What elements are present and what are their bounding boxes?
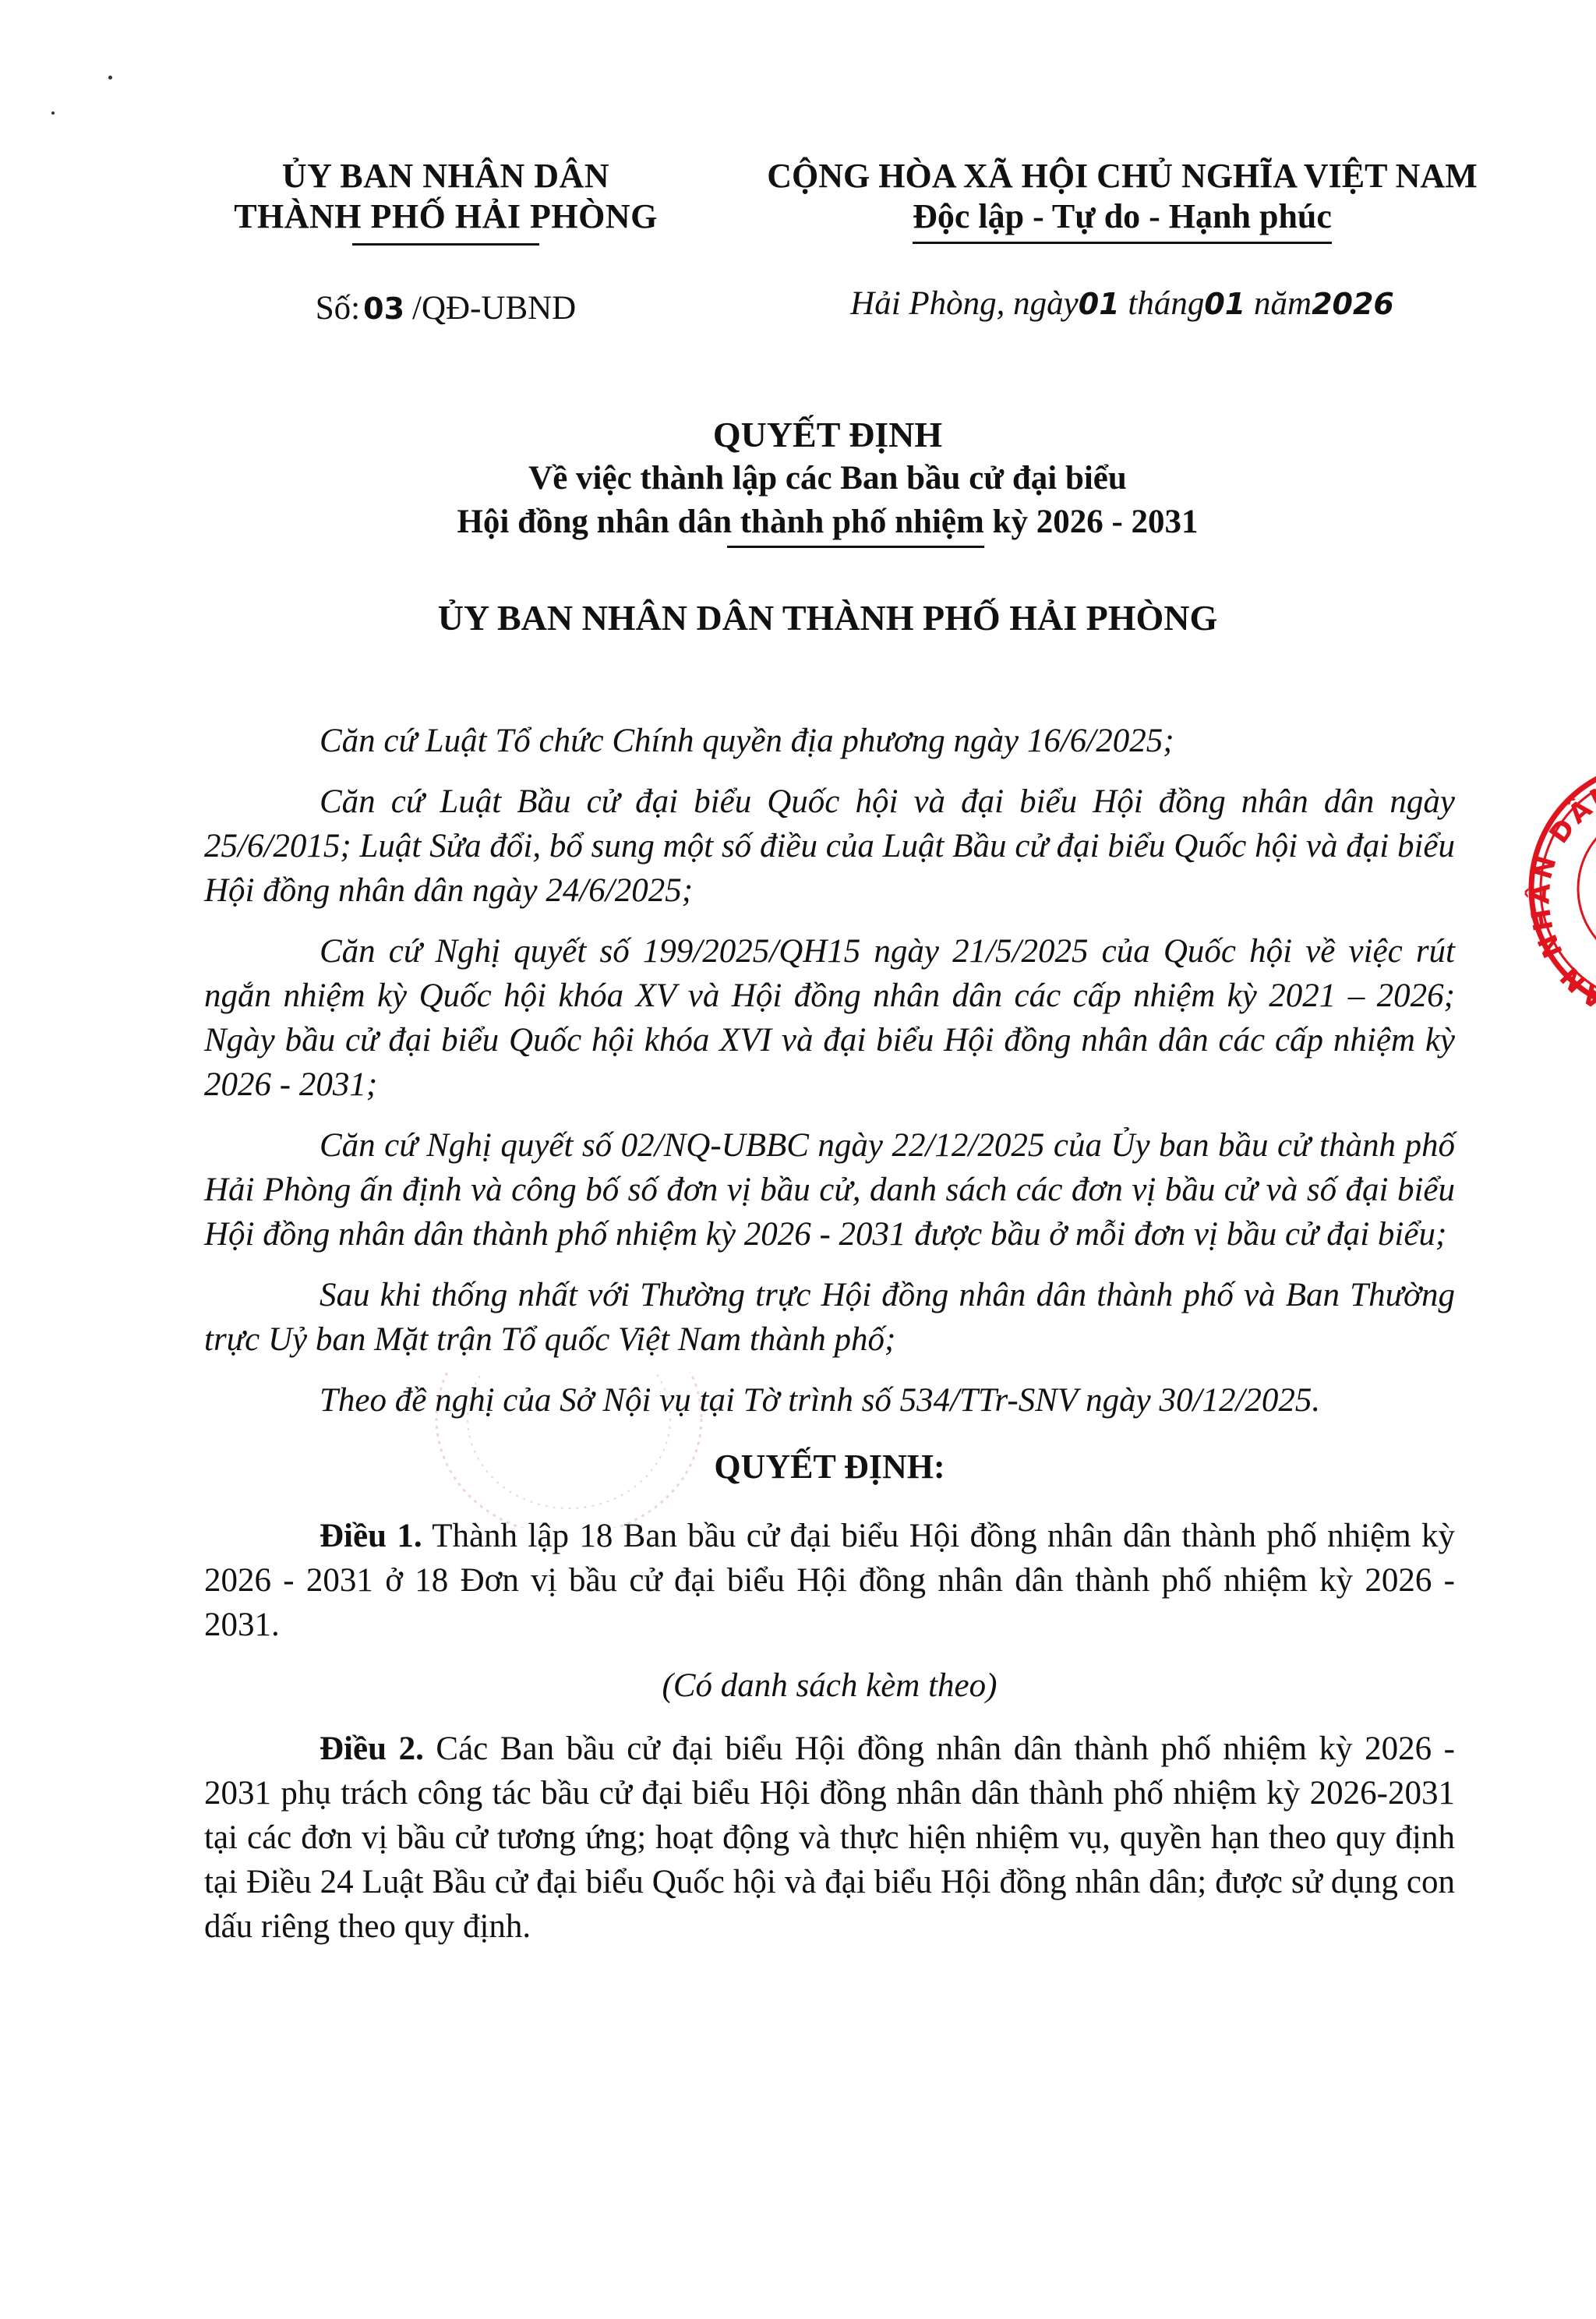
legal-basis: Căn cứ Luật Bầu cử đại biểu Quốc hội và … bbox=[204, 779, 1455, 913]
national-header: CỘNG HÒA XÃ HỘI CHỦ NGHĨA VIỆT NAM Độc l… bbox=[733, 156, 1512, 323]
nation-motto: Độc lập - Tự do - Hạnh phúc bbox=[913, 196, 1332, 244]
issuer-underline bbox=[352, 243, 539, 246]
article-1: Điều 1. Thành lập 18 Ban bầu cử đại biểu… bbox=[204, 1514, 1455, 1647]
document-body: Căn cứ Luật Tổ chức Chính quyền địa phươ… bbox=[204, 719, 1455, 1965]
doc-number-value: 03 bbox=[363, 292, 404, 326]
attachment-note: (Có danh sách kèm theo) bbox=[204, 1663, 1455, 1708]
title-block: QUYẾT ĐỊNH Về việc thành lập các Ban bầu… bbox=[204, 413, 1451, 640]
issuing-authority: ỦY BAN NHÂN DÂN THÀNH PHỐ HẢI PHÒNG bbox=[204, 596, 1451, 640]
doc-number-suffix: /QĐ-UBND bbox=[412, 290, 576, 327]
subject-line-2: Hội đồng nhân dân thành phố nhiệm kỳ 202… bbox=[204, 500, 1451, 544]
legal-bases: Căn cứ Luật Tổ chức Chính quyền địa phươ… bbox=[204, 719, 1455, 1423]
issue-date: Hải Phòng, ngày01 tháng01 năm2026 bbox=[733, 285, 1512, 323]
date-year-label: năm bbox=[1254, 285, 1312, 322]
faint-stamp-impression bbox=[421, 1372, 717, 1528]
scan-speck bbox=[108, 76, 112, 80]
seal-text: NHÂN DÂN bbox=[1524, 776, 1596, 962]
legal-basis: Căn cứ Nghị quyết số 199/2025/QH15 ngày … bbox=[204, 929, 1455, 1107]
date-day: 01 bbox=[1079, 287, 1120, 321]
document-page: ỦY BAN NHÂN DÂN THÀNH PHỐ HẢI PHÒNG Số:0… bbox=[0, 0, 1596, 2319]
nation-line-1: CỘNG HÒA XÃ HỘI CHỦ NGHĨA VIỆT NAM bbox=[733, 156, 1512, 196]
article-2-label: Điều 2. bbox=[320, 1730, 424, 1767]
decision-heading: QUYẾT ĐỊNH: bbox=[204, 1444, 1455, 1489]
date-year: 2026 bbox=[1312, 287, 1394, 321]
date-month: 01 bbox=[1204, 287, 1245, 321]
subject-line-1: Về việc thành lập các Ban bầu cử đại biể… bbox=[204, 457, 1451, 500]
date-place: Hải Phòng, ngày bbox=[850, 285, 1079, 322]
article-2: Điều 2. Các Ban bầu cử đại biểu Hội đồng… bbox=[204, 1727, 1455, 1949]
legal-basis: Sau khi thống nhất với Thường trực Hội đ… bbox=[204, 1273, 1455, 1362]
official-seal-icon: BAN NHÂN DÂN bbox=[1524, 760, 1596, 1017]
issuer-line-2: THÀNH PHỐ HẢI PHÒNG bbox=[204, 196, 687, 237]
document-number: Số:03/QĐ-UBND bbox=[204, 289, 687, 328]
document-type: QUYẾT ĐỊNH bbox=[204, 413, 1451, 457]
svg-text:BAN NHÂN DÂN: BAN NHÂN DÂN bbox=[1524, 776, 1596, 1017]
doc-number-prefix: Số: bbox=[316, 290, 360, 327]
legal-basis: Căn cứ Luật Tổ chức Chính quyền địa phươ… bbox=[204, 719, 1455, 763]
legal-basis: Theo đề nghị của Sở Nội vụ tại Tờ trình … bbox=[204, 1378, 1455, 1423]
legal-basis: Căn cứ Nghị quyết số 02/NQ-UBBC ngày 22/… bbox=[204, 1123, 1455, 1257]
subject-underline bbox=[727, 546, 984, 548]
scan-speck bbox=[51, 111, 55, 115]
seal-partial-text: BAN bbox=[1552, 959, 1596, 1017]
issuer-header: ỦY BAN NHÂN DÂN THÀNH PHỐ HẢI PHÒNG Số:0… bbox=[204, 156, 687, 328]
article-1-label: Điều 1. bbox=[320, 1518, 422, 1554]
issuer-line-1: ỦY BAN NHÂN DÂN bbox=[204, 156, 687, 196]
date-month-label: tháng bbox=[1128, 285, 1204, 322]
